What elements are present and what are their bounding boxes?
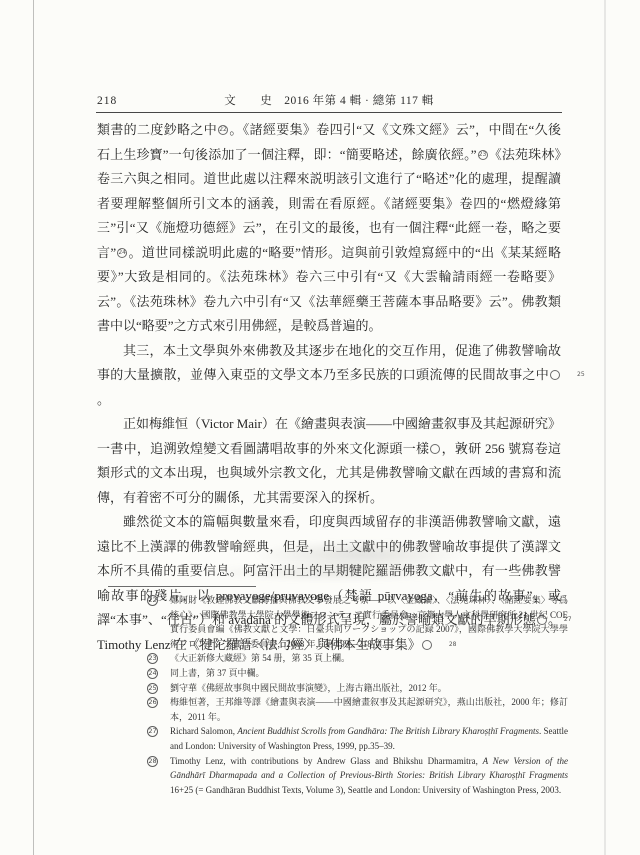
footnote-ref-marker: 25 — [550, 370, 560, 380]
footnote-item: 22鄭阿財《敦煌佛教文獻傳播與佛教文學發展之考察——以〈金藏論〉、〈法苑珠林〉、… — [147, 593, 568, 651]
text-run: 其三，本土文學與外來佛教及其逐步在地化的交互作用，促進了佛教譬喻故事的大量擴散，… — [97, 343, 561, 383]
text-run: Richard Salomon, — [170, 726, 237, 736]
footnote-item: 27Richard Salomon, Ancient Buddhist Scro… — [147, 724, 568, 753]
footnote-number-marker: 23 — [147, 653, 158, 664]
footnote-ref-marker: 22 — [218, 125, 228, 135]
text-run: 類書的二度鈔略之中 — [97, 122, 217, 137]
journal-issue-title: 文 史 2016 年第 4 輯 · 總第 117 輯 — [167, 92, 491, 108]
footnote-number-marker: 24 — [147, 668, 158, 679]
text-run: 同上書，第 37 頁中欄。 — [170, 668, 265, 678]
text-run: 16+25 (= Gandhāran Buddhist Texts, Volum… — [170, 785, 561, 795]
text-run: 《大正新修大藏經》第 54 册，第 35 頁上欄。 — [170, 653, 350, 663]
body-paragraph: 類書的二度鈔略之中22。《諸經要集》卷四引“又《文殊文經》云”，中間在“久後石上… — [97, 118, 561, 339]
text-run: Ancient Buddhist Scrolls from Gandhāra: … — [237, 726, 539, 736]
footnote-item: 24同上書，第 37 頁中欄。 — [147, 666, 568, 681]
footnote-ref-marker: 23 — [478, 150, 488, 160]
footnote-ref-marker: 24 — [117, 248, 127, 258]
text-run: 。道世同樣説明此處的“略要”情形。這與前引敦煌寫經中的“出《某某經略要》”大致是… — [97, 245, 561, 334]
ink-bleed-artifact — [205, 562, 465, 582]
header-rule — [96, 112, 562, 113]
footnote-item: 23《大正新修大藏經》第 54 册，第 35 頁上欄。 — [147, 651, 568, 666]
footnote-item: 28Timothy Lenz, with contributions by An… — [147, 754, 568, 798]
footnote-item: 26梅維恒著，王邦維等譯《繪畫與表演——中國繪畫叙事及其起源研究》，燕山出版社，… — [147, 695, 568, 724]
footnote-number-marker: 25 — [147, 683, 158, 694]
text-run: 梅維恒著，王邦維等譯《繪畫與表演——中國繪畫叙事及其起源研究》，燕山出版社，20… — [170, 697, 568, 722]
page-edge-shadow — [604, 0, 606, 855]
text-run: Timothy Lenz, with contributions by Andr… — [170, 756, 483, 766]
footnote-number-marker: 22 — [147, 595, 158, 606]
footnote-number-marker: 27 — [147, 726, 158, 737]
footnote-ref-marker: 26 — [430, 444, 440, 454]
body-paragraph: 正如梅維恒（Victor Mair）在《繪畫與表演——中國繪畫叙事及其起源研究》… — [97, 412, 561, 510]
footnote-list: 22鄭阿財《敦煌佛教文獻傳播與佛教文學發展之考察——以〈金藏論〉、〈法苑珠林〉、… — [147, 593, 568, 797]
page-number: 218 — [97, 95, 167, 107]
text-run: 《法苑珠林》卷三六與之相同。道世此處以注釋來説明該引文進行了“略述”化的處理，提… — [97, 147, 561, 260]
footnote-number-marker: 28 — [147, 756, 158, 767]
footnote-item: 25劉守華《佛經故事與中國民間故事演變》，上海古籍出版社，2012 年。 — [147, 681, 568, 696]
text-run: 鄭阿財《敦煌佛教文獻傳播與佛教文學發展之考察——以〈金藏論〉、〈法苑珠林〉、〈諸… — [170, 595, 568, 649]
footnote-number-marker: 26 — [147, 697, 158, 708]
scanned-journal-page: 218 文 史 2016 年第 4 輯 · 總第 117 輯 類書的二度鈔略之中… — [0, 0, 640, 855]
page-gutter-line — [33, 0, 34, 855]
text-run: 劉守華《佛經故事與中國民間故事演變》，上海古籍出版社，2012 年。 — [170, 683, 447, 693]
body-paragraph: 其三，本土文學與外來佛教及其逐步在地化的交互作用，促進了佛教譬喻故事的大量擴散，… — [97, 339, 561, 413]
footnote-separator — [108, 586, 256, 587]
text-run: 。 — [97, 392, 110, 407]
running-header: 218 文 史 2016 年第 4 輯 · 總第 117 輯 — [97, 92, 561, 108]
